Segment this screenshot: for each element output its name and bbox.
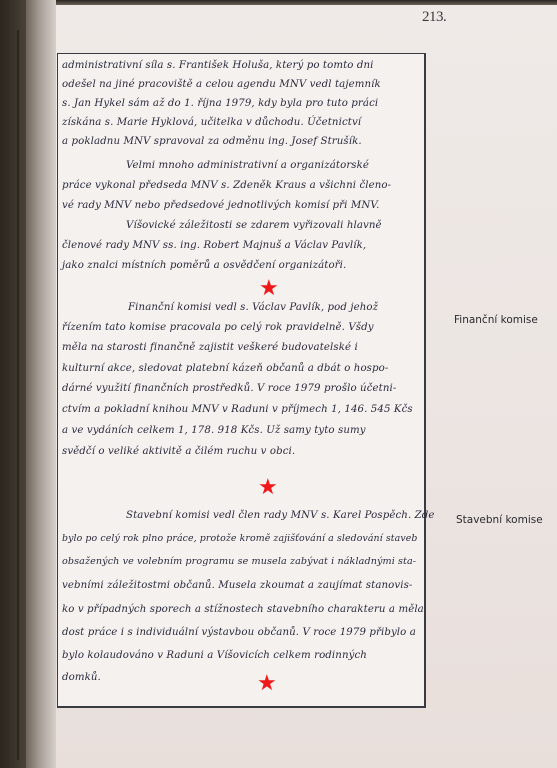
text-line: členové rady MNV ss. ing. Robert Majnuš … [62, 240, 366, 251]
text-line: jako znalci místních poměrů a osvědčení … [62, 260, 346, 271]
text-line: ctvím a pokladní knihou MNV v Raduni v p… [62, 404, 413, 415]
margin-note-financial-committee: Finanční komise [454, 314, 538, 326]
text-line: dost práce i s individuální výstavbou ob… [62, 627, 416, 638]
text-line: Finanční komisi vedl s. Václav Pavlík, p… [128, 302, 378, 313]
text-line: měla na starosti finančně zajistit veške… [62, 342, 358, 353]
text-line: a ve vydáních celkem 1, 178. 918 Kčs. Už… [62, 425, 366, 436]
text-line: administrativní síla s. František Holuša… [62, 60, 373, 71]
text-line: práce vykonal předseda MNV s. Zdeněk Kra… [62, 180, 391, 191]
text-line: získána s. Marie Hyklová, učitelka v důc… [62, 117, 361, 128]
binding-crease [17, 30, 19, 760]
text-line: dárné využití finančních prostředků. V r… [62, 383, 396, 394]
red-star-icon: ★ [258, 477, 278, 499]
text-line: bylo po celý rok plno práce, protože kro… [62, 533, 417, 544]
text-line: řízením tato komise pracovala po celý ro… [62, 322, 374, 333]
red-star-icon: ★ [259, 278, 279, 300]
text-line: Stavební komisi vedl člen rady MNV s. Ka… [126, 510, 435, 521]
text-line: Velmi mnoho administrativní a organizáto… [126, 160, 369, 171]
text-line: odešel na jiné pracoviště a celou agendu… [62, 79, 381, 90]
text-line: domků. [62, 672, 101, 683]
text-line: s. Jan Hykel sám až do 1. října 1979, kd… [62, 98, 378, 109]
text-line: Víšovické záležitosti se zdarem vyřizova… [126, 220, 382, 231]
text-line: vebními záležitostmi občanů. Musela zkou… [62, 580, 412, 591]
text-line: obsažených ve volebním programu se musel… [62, 556, 416, 567]
text-line: a pokladnu MNV spravoval za odměnu ing. … [62, 136, 362, 147]
margin-note-building-committee: Stavební komise [456, 514, 543, 526]
page-number: 213. [422, 9, 446, 26]
text-line: kulturní akce, sledovat platební kázeň o… [62, 363, 388, 374]
text-line: bylo kolaudováno v Raduni a Víšovicích c… [62, 650, 367, 661]
text-line: svědčí o veliké aktivitě a čilém ruchu v… [62, 446, 295, 457]
book-binding [0, 0, 26, 768]
binding-shadow [26, 0, 56, 768]
text-line: vé rady MNV nebo předsedové jednotlivých… [62, 200, 379, 211]
red-star-icon: ★ [257, 673, 277, 695]
text-line: ko v případných sporech a stížnostech st… [62, 604, 424, 615]
